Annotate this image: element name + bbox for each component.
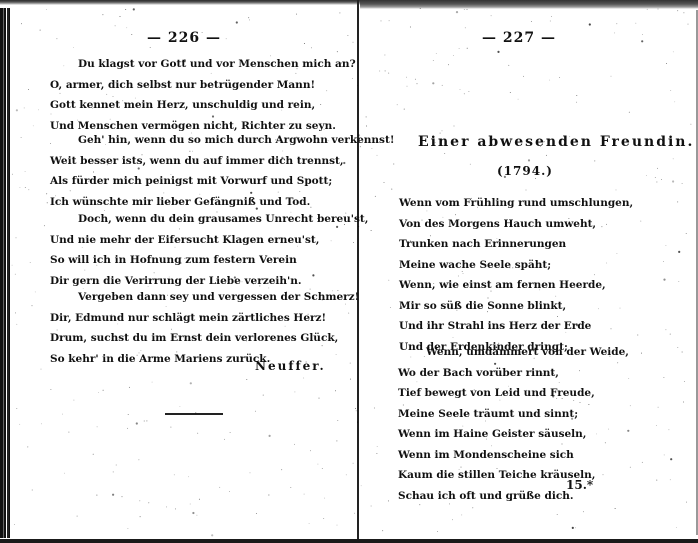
- left-page: — 226 — Du klagst vor Gott und vor Mensc…: [12, 0, 356, 543]
- book-spread: — 226 — Du klagst vor Gott und vor Mensc…: [0, 0, 698, 543]
- verse-line: Wenn, wie einst am fernen Heerde,: [399, 275, 633, 296]
- signature-mark: 15.*: [566, 478, 593, 492]
- poem-title: Einer abwesenden Freundin.: [418, 134, 694, 150]
- stanza: Du klagst vor Gott und vor Menschen mich…: [50, 54, 356, 136]
- page-number: — 226 —: [147, 30, 221, 46]
- verse-line: Wenn vom Frühling rund umschlungen,: [399, 193, 633, 214]
- verse-line: Dir, Edmund nur schlägt mein zärtliches …: [50, 308, 359, 329]
- verse-line: Tief bewegt von Leid und Freude,: [398, 383, 629, 404]
- verse-line: Wenn, umdämmert von der Weide,: [398, 342, 629, 363]
- stanza: Vergeben dann sey und vergessen der Schm…: [50, 287, 359, 369]
- verse-line: O, armer, dich selbst nur betrügender Ma…: [50, 75, 356, 96]
- verse-line: Und ihr Strahl ins Herz der Erde: [399, 316, 633, 337]
- verse-line: Wo der Bach vorüber rinnt,: [398, 363, 629, 384]
- verse-line: Meine wache Seele späht;: [399, 255, 633, 276]
- verse-line: Schau ich oft und grüße dich.: [398, 486, 629, 507]
- verse-line: Weit besser ists, wenn du auf immer dich…: [50, 151, 394, 172]
- verse-line: Wenn im Mondenscheine sich: [398, 445, 629, 466]
- verse-line: Gott kennet mein Herz, unschuldig und re…: [50, 95, 356, 116]
- stanza: Wenn vom Frühling rund umschlungen, Von …: [399, 193, 633, 357]
- verse-line: Drum, suchst du im Ernst dein verlorenes…: [50, 328, 359, 349]
- stanza: Wenn, umdämmert von der Weide, Wo der Ba…: [398, 342, 629, 506]
- verse-line: Wenn im Haine Geister säuseln,: [398, 424, 629, 445]
- verse-line: Trunken nach Erinnerungen: [399, 234, 633, 255]
- verse-line: Geh' hin, wenn du so mich durch Argwohn …: [50, 130, 394, 151]
- verse-line: Meine Seele träumt und sinnt;: [398, 404, 629, 425]
- verse-line: Mir so süß die Sonne blinkt,: [399, 296, 633, 317]
- page-number: — 227 —: [482, 30, 556, 46]
- verse-line: So will ich in Hofnung zum festern Verei…: [50, 250, 368, 271]
- verse-line: Doch, wenn du dein grausames Unrecht ber…: [50, 209, 368, 230]
- section-divider: [165, 413, 223, 415]
- verse-line: Und nie mehr der Eifersucht Klagen erneu…: [50, 230, 368, 251]
- verse-line: Kaum die stillen Teiche kräuseln,: [398, 465, 629, 486]
- verse-line: Als fürder mich peinigst mit Vorwurf und…: [50, 171, 394, 192]
- left-binding-edge: [0, 8, 10, 538]
- poem-year: (1794.): [497, 164, 553, 178]
- verse-line: Du klagst vor Gott und vor Menschen mich…: [50, 54, 356, 75]
- verse-line: Vergeben dann sey und vergessen der Schm…: [50, 287, 359, 308]
- right-page: — 227 — Einer abwesenden Freundin. (1794…: [360, 0, 698, 543]
- author-signature: Neuffer.: [255, 359, 326, 373]
- verse-line: Von des Morgens Hauch umweht,: [399, 214, 633, 235]
- stanza: Geh' hin, wenn du so mich durch Argwohn …: [50, 130, 394, 212]
- stanza: Doch, wenn du dein grausames Unrecht ber…: [50, 209, 368, 291]
